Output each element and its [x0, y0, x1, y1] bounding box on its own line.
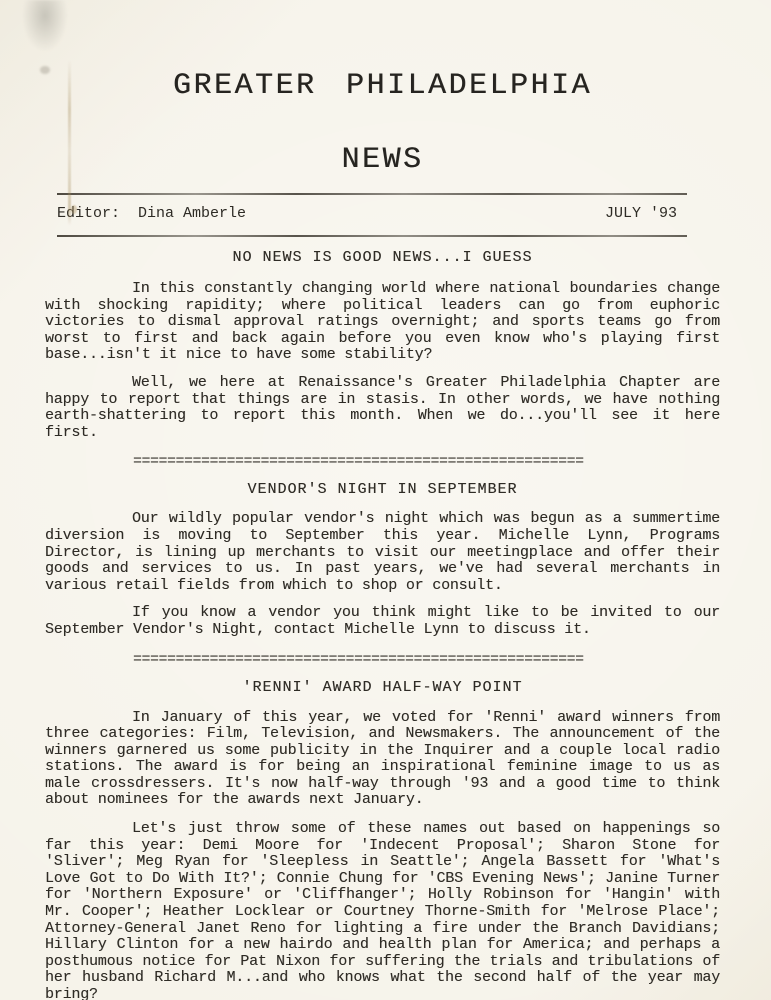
masthead-rule-bottom — [57, 235, 687, 237]
editor-name: Dina Amberle — [138, 205, 246, 222]
scan-crease-artifact — [68, 60, 71, 225]
newsletter-title: GREATER PHILADELPHIA NEWS — [45, 68, 720, 179]
paragraph: If you know a vendor you think might lik… — [45, 605, 720, 638]
section-heading: NO NEWS IS GOOD NEWS...I GUESS — [45, 249, 720, 266]
paragraph: In this constantly changing world where … — [45, 281, 720, 364]
scan-blotch-artifact — [22, 0, 68, 52]
section-vendors-night: VENDOR'S NIGHT IN SEPTEMBER Our wildly p… — [45, 481, 720, 638]
paragraph: Well, we here at Renaissance's Greater P… — [45, 375, 720, 441]
editor-credit: Editor:Dina Amberle — [57, 205, 246, 223]
editor-label: Editor: — [57, 205, 120, 222]
title-line-2: NEWS — [341, 143, 423, 177]
paragraph: Our wildly popular vendor's night which … — [45, 511, 720, 594]
masthead-rule-top — [57, 193, 687, 195]
scanned-newsletter-page: { "page": { "title_line1": "GREATER PHIL… — [0, 0, 771, 1000]
scan-speck-artifact — [40, 66, 50, 74]
paragraph: In January of this year, we voted for 'R… — [45, 710, 720, 810]
masthead: GREATER PHILADELPHIA NEWS Editor:Dina Am… — [45, 0, 720, 237]
issue-date: JULY '93 — [605, 205, 677, 223]
section-no-news: NO NEWS IS GOOD NEWS...I GUESS In this c… — [45, 249, 720, 441]
newsletter-page: GREATER PHILADELPHIA NEWS Editor:Dina Am… — [0, 0, 771, 1000]
section-divider: ========================================… — [133, 651, 720, 668]
section-heading: 'RENNI' AWARD HALF-WAY POINT — [45, 679, 720, 696]
section-renni-award: 'RENNI' AWARD HALF-WAY POINT In January … — [45, 679, 720, 1000]
paragraph: Let's just throw some of these names out… — [45, 821, 720, 1000]
title-line-1: GREATER PHILADELPHIA — [173, 69, 592, 103]
section-heading: VENDOR'S NIGHT IN SEPTEMBER — [45, 481, 720, 498]
scan-speck-artifact — [71, 205, 77, 214]
section-divider: ========================================… — [133, 453, 720, 470]
editor-row: Editor:Dina Amberle JULY '93 — [57, 205, 677, 223]
